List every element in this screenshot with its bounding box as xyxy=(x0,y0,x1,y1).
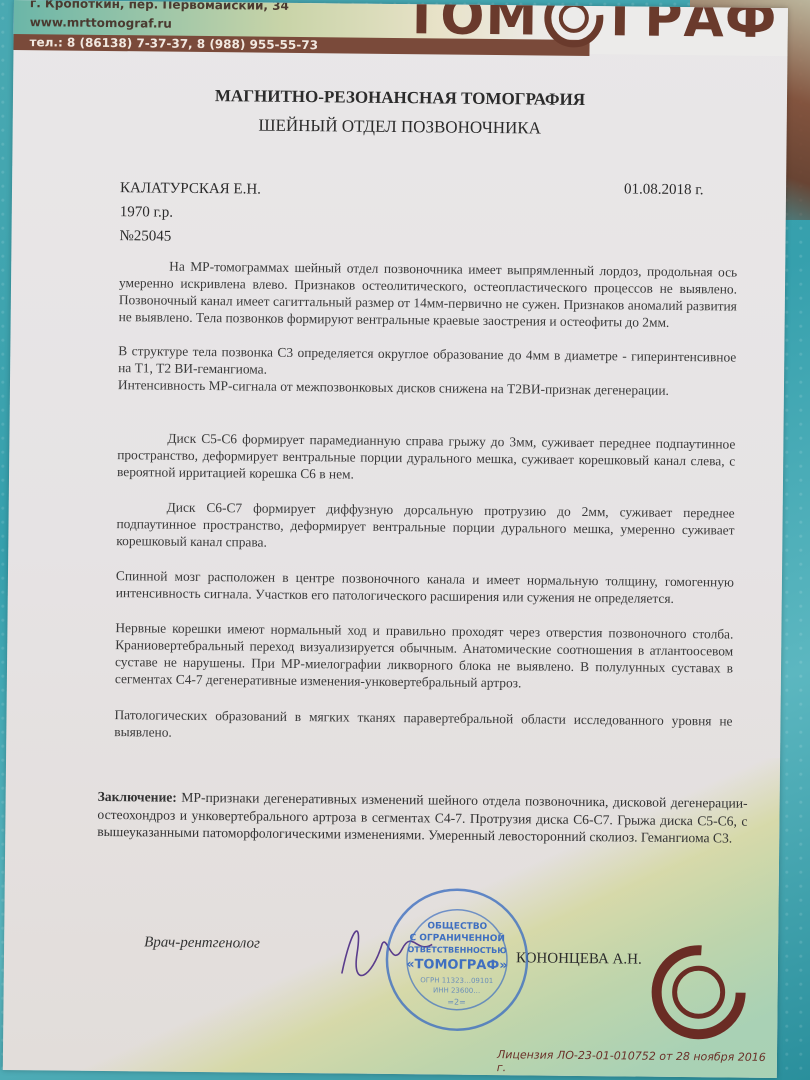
license-info: Лицензия ЛО-23-01-010752 от 28 ноября 20… xyxy=(497,1048,777,1077)
document-subtitle: ШЕЙНЫЙ ОТДЕЛ ПОЗВОНОЧНИКА xyxy=(13,113,787,141)
svg-text:=2=: =2= xyxy=(447,998,466,1007)
logo-text-right: ГРАФ xyxy=(610,0,778,50)
letterhead-info: г. Кропоткин, пер. Первомайский, 34 www.… xyxy=(30,0,289,35)
doctor-role: Врач-рентгенолог xyxy=(144,934,260,952)
finding-paragraph: Диск С6-С7 формирует диффузную дорсальну… xyxy=(116,498,735,555)
footer-logo-swirl-icon xyxy=(643,937,754,1048)
finding-paragraph: Патологических образований в мягких ткан… xyxy=(114,706,732,746)
svg-text:С ОГРАНИЧЕННОЙ: С ОГРАНИЧЕННОЙ xyxy=(409,931,505,944)
conclusion-text: МР-признаки дегенеративных изменений шей… xyxy=(97,790,747,846)
report-date: 01.08.2018 г. xyxy=(624,181,704,199)
finding-paragraph: На МР-томограммах шейный отдел позвоночн… xyxy=(119,257,738,331)
clinic-website: www.mrttomograf.ru xyxy=(30,13,289,35)
svg-text:ИНН 23600…: ИНН 23600… xyxy=(433,986,480,994)
finding-paragraph: Нервные корешки имеют нормальный ход и п… xyxy=(115,619,734,693)
svg-text:ОБЩЕСТВО: ОБЩЕСТВО xyxy=(427,921,487,932)
logo-swirl-icon xyxy=(542,0,607,50)
conclusion-label: Заключение: xyxy=(98,789,177,805)
doctor-name: КОНОНЦЕВА А.Н. xyxy=(516,950,642,968)
medical-report-page: г. Кропоткин, пер. Первомайский, 34 www.… xyxy=(3,0,788,1078)
finding-paragraph: Спинной мозг расположен в центре позвоно… xyxy=(116,567,734,607)
svg-text:ОТВЕТСТВЕННОСТЬЮ: ОТВЕТСТВЕННОСТЬЮ xyxy=(407,945,506,955)
finding-paragraph: Диск С5-С6 формирует парамедианную справ… xyxy=(117,429,736,486)
patient-number: №25045 xyxy=(119,224,260,249)
conclusion-block: Заключение: МР-признаки дегенеративных и… xyxy=(97,788,748,847)
clinic-logo: ТОМ ГРАФ xyxy=(404,0,778,52)
patient-info: КАЛАТУРСКАЯ Е.Н. 1970 г.р. №25045 xyxy=(119,176,261,249)
company-stamp: ОБЩЕСТВО С ОГРАНИЧЕННОЙ ОТВЕТСТВЕННОСТЬЮ… xyxy=(381,884,533,1036)
patient-name: КАЛАТУРСКАЯ Е.Н. xyxy=(120,176,261,201)
logo-text-left: ТОМ xyxy=(404,0,539,47)
document-title: МАГНИТНО-РЕЗОНАНСНАЯ ТОМОГРАФИЯ xyxy=(13,84,787,112)
patient-birth-year: 1970 г.р. xyxy=(120,200,261,225)
svg-text:ОГРН 11323…09101: ОГРН 11323…09101 xyxy=(420,976,493,985)
svg-text:«ТОМОГРАФ»: «ТОМОГРАФ» xyxy=(406,957,508,973)
